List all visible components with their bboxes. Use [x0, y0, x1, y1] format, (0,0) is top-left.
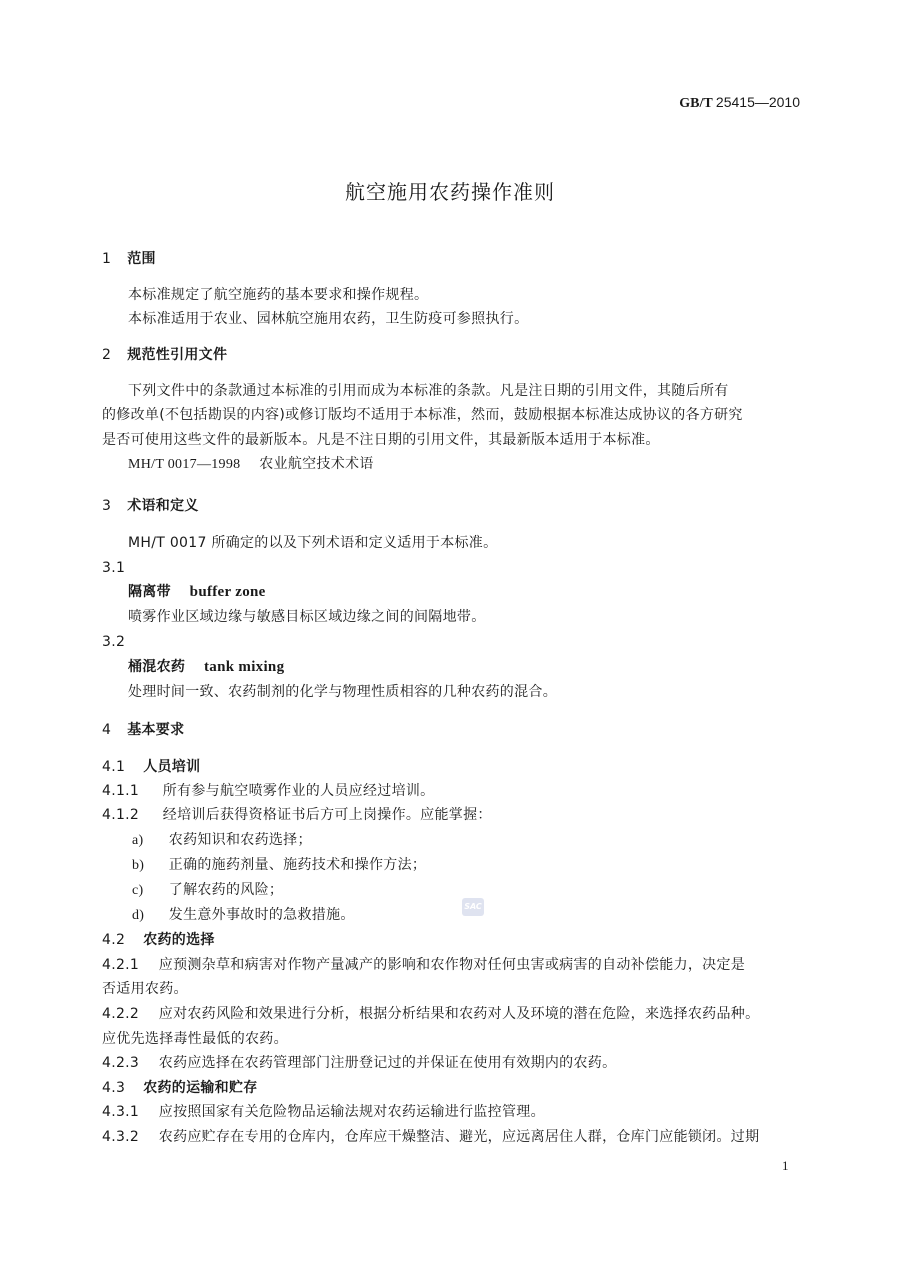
list-label: a)	[132, 832, 164, 850]
section-2-heading: 2 规范性引用文件	[102, 346, 227, 364]
clause-4-1-2: 4.1.2 经培训后获得资格证书后方可上岗操作。应能掌握：	[102, 806, 492, 824]
subsection-title: 农药的选择	[143, 932, 215, 948]
list-text: 了解农药的风险；	[169, 882, 283, 898]
list-item: a) 农药知识和农药选择；	[132, 831, 312, 850]
standard-code-number: 25415—2010	[716, 94, 800, 110]
clause-text: 农药应选择在农药管理部门注册登记过的并保证在使用有效期内的农药。	[159, 1055, 617, 1071]
term-definition: 处理时间一致、农药制剂的化学与物理性质相容的几种农药的混合。	[128, 683, 557, 701]
paragraph-line: 本标准适用于农业、园林航空施用农药，卫生防疫可参照执行。	[128, 310, 528, 328]
paragraph-line: MH/T 0017 所确定的以及下列术语和定义适用于本标准。	[128, 534, 497, 552]
clause-4-1-1: 4.1.1 所有参与航空喷雾作业的人员应经过培训。	[102, 782, 434, 800]
paragraph-line: 是否可使用这些文件的最新版本。凡是不注日期的引用文件，其最新版本适用于本标准。	[102, 431, 660, 449]
sac-watermark-icon: SAC	[462, 898, 484, 916]
section-3-heading: 3 术语和定义	[102, 497, 199, 515]
section-number: 4	[102, 721, 122, 739]
list-label: b)	[132, 857, 164, 875]
term-heading: 隔离带 buffer zone	[128, 583, 266, 601]
reference-code: MH/T 0017—1998	[128, 457, 240, 472]
clause-text: 应按照国家有关危险物品运输法规对农药运输进行监控管理。	[159, 1104, 545, 1120]
clause-number: 4.2.3	[102, 1054, 154, 1072]
clause-4-2-1: 4.2.1 应预测杂草和病害对作物产量减产的影响和农作物对任何虫害或病害的自动补…	[102, 956, 745, 974]
clause-text: 农药应贮存在专用的仓库内，仓库应干燥整洁、避光，应远离居住人群，仓库门应能锁闭。…	[159, 1129, 760, 1145]
section-number: 3	[102, 497, 122, 515]
term-heading: 桶混农药 tank mixing	[128, 658, 284, 676]
subsection-number: 4.1	[102, 758, 138, 776]
clause-number: 4.3.2	[102, 1128, 154, 1146]
section-1-heading: 1 范围	[102, 250, 156, 268]
paragraph-line: 下列文件中的条款通过本标准的引用而成为本标准的条款。凡是注日期的引用文件，其随后…	[128, 382, 729, 400]
standard-code-prefix: GB/T	[679, 96, 712, 111]
list-text: 正确的施药剂量、施药技术和操作方法；	[169, 857, 426, 873]
normative-reference: MH/T 0017—1998 农业航空技术术语	[128, 455, 374, 474]
term-en: buffer zone	[190, 584, 266, 600]
subsection-4-2-heading: 4.2 农药的选择	[102, 931, 215, 949]
term-number: 3.1	[102, 559, 125, 577]
list-item: c) 了解农药的风险；	[132, 881, 283, 900]
standard-code: GB/T 25415—2010	[679, 94, 800, 112]
list-item: d) 发生意外事故时的急救措施。	[132, 906, 355, 925]
clause-text: 应预测杂草和病害对作物产量减产的影响和农作物对任何虫害或病害的自动补偿能力，决定…	[159, 957, 745, 973]
paragraph-line: 的修改单(不包括勘误的内容)或修订版均不适用于本标准，然而，鼓励根据本标准达成协…	[102, 406, 743, 424]
section-number: 2	[102, 346, 122, 364]
list-item: b) 正确的施药剂量、施药技术和操作方法；	[132, 856, 426, 875]
clause-4-3-2: 4.3.2 农药应贮存在专用的仓库内，仓库应干燥整洁、避光，应远离居住人群，仓库…	[102, 1128, 759, 1146]
list-label: d)	[132, 907, 164, 925]
section-title: 规范性引用文件	[127, 347, 227, 363]
term-definition: 喷雾作业区域边缘与敏感目标区域边缘之间的间隔地带。	[128, 608, 486, 626]
clause-4-3-1: 4.3.1 应按照国家有关危险物品运输法规对农药运输进行监控管理。	[102, 1103, 545, 1121]
subsection-title: 人员培训	[143, 759, 200, 775]
subsection-title: 农药的运输和贮存	[143, 1080, 257, 1096]
subsection-number: 4.3	[102, 1079, 138, 1097]
subsection-4-1-heading: 4.1 人员培训	[102, 758, 200, 776]
clause-4-2-3: 4.2.3 农药应选择在农药管理部门注册登记过的并保证在使用有效期内的农药。	[102, 1054, 616, 1072]
clause-number: 4.1.2	[102, 806, 158, 824]
section-title: 基本要求	[127, 722, 184, 738]
clause-text: 所有参与航空喷雾作业的人员应经过培训。	[163, 783, 435, 799]
reference-title: 农业航空技术术语	[259, 456, 373, 472]
clause-number: 4.3.1	[102, 1103, 154, 1121]
term-en: tank mixing	[204, 659, 284, 675]
clause-continuation: 应优先选择毒性最低的农药。	[102, 1030, 288, 1048]
section-4-heading: 4 基本要求	[102, 721, 184, 739]
list-text: 发生意外事故时的急救措施。	[169, 907, 355, 923]
section-number: 1	[102, 250, 122, 268]
section-title: 术语和定义	[127, 498, 199, 514]
clause-number: 4.2.2	[102, 1005, 154, 1023]
section-title: 范围	[127, 251, 156, 267]
term-zh: 隔离带	[128, 584, 171, 600]
paragraph-line: 本标准规定了航空施药的基本要求和操作规程。	[128, 286, 428, 304]
page-number: 1	[782, 1158, 789, 1174]
clause-continuation: 否适用农药。	[102, 980, 188, 998]
list-label: c)	[132, 882, 164, 900]
document-title: 航空施用农药操作准则	[0, 176, 900, 205]
subsection-4-3-heading: 4.3 农药的运输和贮存	[102, 1079, 258, 1097]
clause-text: 应对农药风险和效果进行分析，根据分析结果和农药对人及环境的潜在危险，来选择农药品…	[159, 1006, 760, 1022]
clause-text: 经培训后获得资格证书后方可上岗操作。应能掌握：	[163, 807, 492, 823]
clause-number: 4.1.1	[102, 782, 158, 800]
clause-4-2-2: 4.2.2 应对农药风险和效果进行分析，根据分析结果和农药对人及环境的潜在危险，…	[102, 1005, 759, 1023]
subsection-number: 4.2	[102, 931, 138, 949]
term-number: 3.2	[102, 633, 125, 651]
term-zh: 桶混农药	[128, 659, 185, 675]
clause-number: 4.2.1	[102, 956, 154, 974]
list-text: 农药知识和农药选择；	[169, 832, 312, 848]
